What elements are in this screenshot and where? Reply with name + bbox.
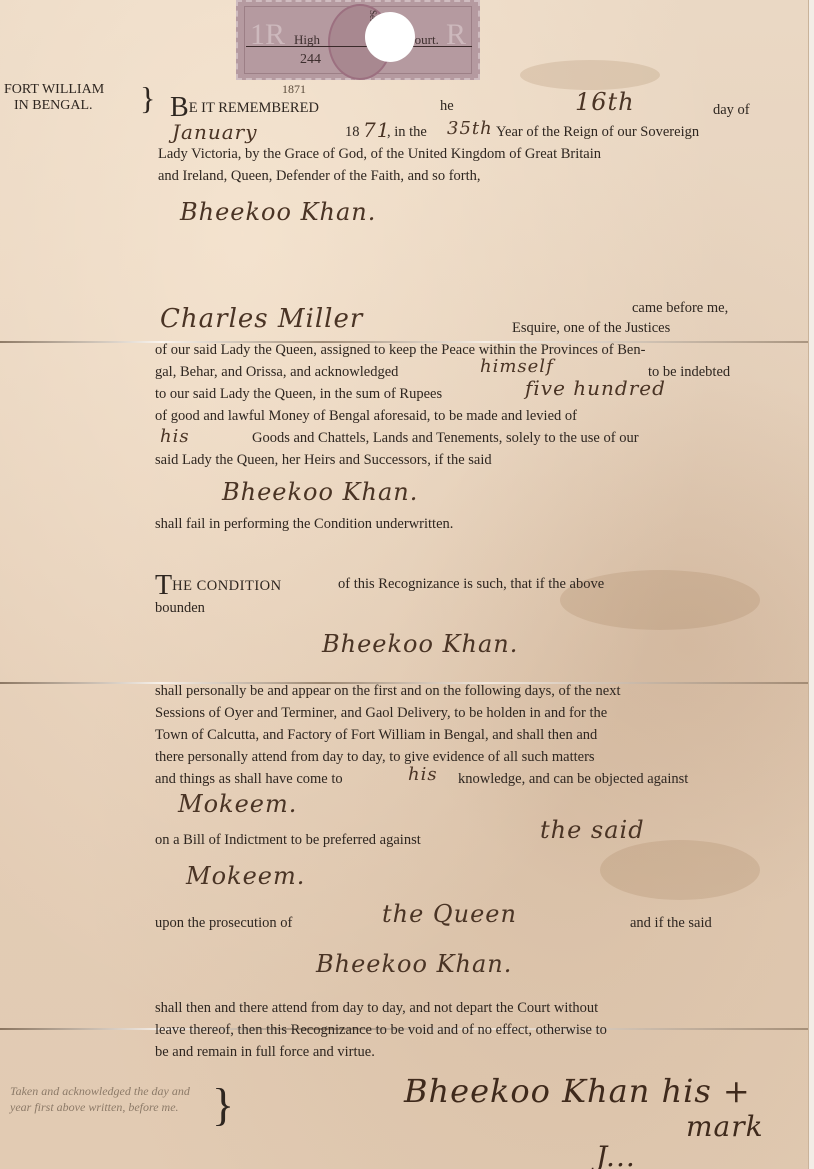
punch-hole (365, 12, 415, 62)
if-the-said-text: and if the said (630, 915, 712, 932)
leave-line: leave thereof, then this Recognizance to… (155, 1022, 607, 1039)
sum-handwritten: five hundred (525, 376, 666, 400)
heirs-line: said Lady the Queen, her Heirs and Succe… (155, 452, 492, 469)
opening-line: BE IT REMEMBERED (170, 94, 319, 122)
peace-line: of our said Lady the Queen, assigned to … (155, 342, 645, 359)
things-line: and things as shall have come to (155, 771, 343, 788)
prosecutor-handwritten: the Queen (382, 900, 517, 928)
the-said-handwritten: the said (540, 816, 645, 844)
his-handwritten-2: his (408, 764, 438, 785)
revenue-stamp: 1R R High Court. Service 244 (236, 0, 480, 80)
signature: Bheekoo Khan his + (404, 1072, 751, 1110)
water-stain (600, 840, 760, 900)
stamp-number: 244 (300, 52, 321, 68)
day-of-text: day of (713, 102, 750, 119)
came-before-me: came before me, (632, 300, 728, 317)
then-line: shall then and there attend from day to … (155, 1000, 598, 1017)
bounden-name-3: Bheekoo Khan. (322, 630, 518, 658)
water-stain (520, 60, 660, 90)
bounden-name-2: Bheekoo Khan. (222, 478, 418, 506)
jurisdiction-line-2: IN BENGAL. (14, 98, 93, 114)
signature-partial: J... (596, 1140, 636, 1169)
sum-line: to our said Lady the Queen, in the sum o… (155, 386, 442, 403)
jurisdiction-line-1: FORT WILLIAM (4, 82, 104, 98)
esquire-line: Esquire, one of the Justices (512, 320, 670, 337)
justice-name: Charles Miller (160, 304, 363, 334)
prosecution-line: upon the prosecution of (155, 915, 292, 932)
victoria-line: Lady Victoria, by the Grace of God, of t… (158, 146, 601, 163)
handwritten-reign-year: 35th (447, 118, 493, 139)
brace: } (140, 80, 155, 117)
behar-line: gal, Behar, and Orissa, and acknowledged (155, 364, 398, 381)
money-line: of good and lawful Money of Bengal afore… (155, 408, 577, 425)
be-it-remembered: E IT REMEMBERED (189, 100, 319, 116)
condition-heading: THE CONDITION (155, 572, 282, 600)
there-line: there personally attend from day to day,… (155, 749, 595, 766)
reign-line: Year of the Reign of our Sovereign (496, 124, 699, 141)
sessions-line: Sessions of Oyer and Terminer, and Gaol … (155, 705, 607, 722)
town-line: Town of Calcutta, and Factory of Fort Wi… (155, 727, 597, 744)
bounden-name-4: Bheekoo Khan. (316, 950, 512, 978)
bounden-name-1: Bheekoo Khan. (180, 198, 376, 226)
himself-handwritten: himself (480, 356, 554, 377)
ireland-line: and Ireland, Queen, Defender of the Fait… (158, 168, 481, 185)
handwritten-day: 16th (575, 88, 635, 116)
bounden-text: bounden (155, 600, 205, 617)
acknowledgement-text: Taken and acknowledged the day and year … (10, 1083, 210, 1115)
remain-line: be and remain in full force and virtue. (155, 1044, 375, 1061)
bill-line: on a Bill of Indictment to be preferred … (155, 832, 421, 849)
dropcap-t: T (155, 570, 172, 601)
his-handwritten-1: his (160, 426, 190, 447)
knowledge-text: knowledge, and can be objected against (458, 771, 688, 788)
brace: } (212, 1078, 234, 1131)
in-the-text: , in the (387, 124, 427, 141)
stamp-cancel-line (246, 46, 472, 47)
condition-label: HE CONDITION (172, 578, 282, 594)
appear-line: shall personally be and appear on the fi… (155, 683, 621, 700)
year-prefix: 18 (345, 124, 360, 141)
dropcap-b: B (170, 92, 189, 123)
fail-line: shall fail in performing the Condition u… (155, 516, 453, 533)
accused-name-1: Mokeem. (178, 790, 297, 818)
accused-name-2: Mokeem. (186, 862, 305, 890)
goods-line: Goods and Chattels, Lands and Tenements,… (252, 430, 639, 447)
signature-mark: mark (686, 1110, 764, 1143)
handwritten-month: January (172, 120, 258, 144)
condition-line-1: of this Recognizance is such, that if th… (338, 576, 604, 593)
on-the-text: he (440, 98, 454, 115)
